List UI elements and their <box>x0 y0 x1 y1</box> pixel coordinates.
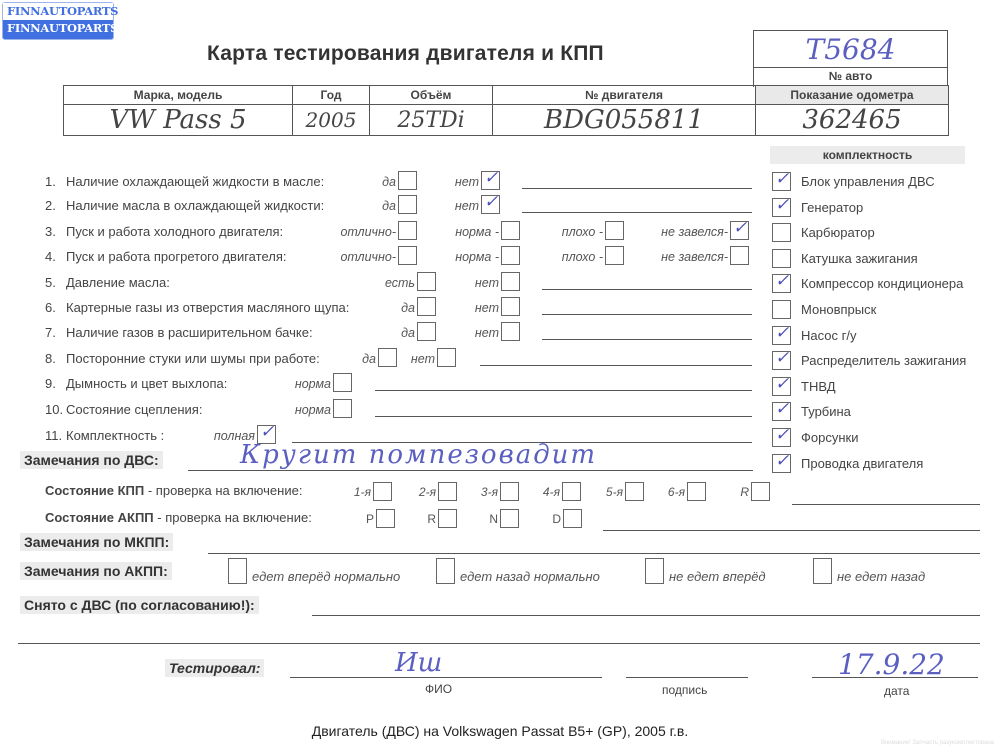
date-value[interactable]: 17.9.22 <box>838 648 945 681</box>
completeness-label: Турбина <box>801 404 851 419</box>
kpp-gear-label: 2-я <box>419 485 436 499</box>
volume-value: 25TDi <box>370 105 493 136</box>
option-label: нет <box>455 175 479 189</box>
removed-line <box>312 615 980 616</box>
completeness-checkbox[interactable] <box>772 198 791 217</box>
option-label: отлично- <box>340 250 396 264</box>
fio-line <box>290 677 602 678</box>
kpp-label-rest: - проверка на включение: <box>144 483 302 498</box>
option-checkbox[interactable] <box>605 221 624 240</box>
option-label: норма - <box>455 250 499 264</box>
check-remark-line <box>480 365 752 366</box>
engine-number-value: BDG055811 <box>493 105 756 136</box>
option-checkbox[interactable] <box>501 297 520 316</box>
check-label: Пуск и работа прогретого двигателя: <box>66 249 286 264</box>
check-number: 9. <box>45 376 56 391</box>
kpp-gear-checkbox[interactable] <box>373 482 392 501</box>
option-label: норма <box>295 377 331 391</box>
option-checkbox[interactable] <box>437 348 456 367</box>
kpp-gear-checkbox[interactable] <box>625 482 644 501</box>
completeness-label: Катушка зажигания <box>801 251 918 266</box>
kpp-gear-checkbox[interactable] <box>751 482 770 501</box>
check-label: Дымность и цвет выхлопа: <box>66 376 227 391</box>
check-number: 11. <box>45 428 62 443</box>
akpp-remark-checkbox[interactable] <box>645 558 664 584</box>
option-checkbox[interactable] <box>398 195 417 214</box>
kpp-gear-label: 6-я <box>668 485 685 499</box>
completeness-checkbox[interactable] <box>772 351 791 370</box>
completeness-checkbox[interactable] <box>772 223 791 242</box>
option-checkbox[interactable] <box>605 246 624 265</box>
option-label: норма <box>295 403 331 417</box>
signature-label: подпись <box>662 683 707 697</box>
check-number: 10. <box>45 402 63 417</box>
akpp-remark-label: едет назад нормально <box>460 569 600 584</box>
akpp-gear-label: P <box>366 512 374 526</box>
auto-number-box: T5684 № авто <box>753 30 948 87</box>
check-number: 2. <box>45 198 56 213</box>
completeness-label: Проводка двигателя <box>801 456 923 471</box>
check-remark-line <box>522 188 752 189</box>
completeness-label: Блок управления ДВС <box>801 174 935 189</box>
col-engine-number: № двигателя <box>493 86 756 105</box>
check-label: Наличие газов в расширительном бачке: <box>66 325 313 340</box>
completeness-checkbox[interactable] <box>772 402 791 421</box>
akpp-label: Состояние АКПП - проверка на включение: <box>45 510 312 525</box>
completeness-label: Насос г/у <box>801 328 856 343</box>
make-model-value: VW Pass 5 <box>64 105 293 136</box>
kpp-gear-label: 1-я <box>354 485 371 499</box>
col-volume: Объём <box>370 86 493 105</box>
engine-remarks-value[interactable]: Кругит помпезовадит <box>240 440 597 470</box>
check-label: Давление масла: <box>66 275 170 290</box>
option-checkbox[interactable] <box>730 221 749 240</box>
check-number: 5. <box>45 275 56 290</box>
akpp-label-bold: Состояние АКПП <box>45 510 154 525</box>
akpp-remarks-label: Замечания по АКПП: <box>20 562 172 580</box>
option-label: плохо - <box>562 250 603 264</box>
completeness-label: Карбюратор <box>801 225 875 240</box>
option-checkbox[interactable] <box>398 246 417 265</box>
completeness-label: Генератор <box>801 200 863 215</box>
completeness-checkbox[interactable] <box>772 300 791 319</box>
date-label: дата <box>884 684 909 698</box>
option-checkbox[interactable] <box>333 373 352 392</box>
akpp-label-rest: - проверка на включение: <box>154 510 312 525</box>
option-label: отлично- <box>340 225 396 239</box>
akpp-gear-label: R <box>427 512 436 526</box>
akpp-line <box>603 530 980 531</box>
option-label: норма - <box>455 225 499 239</box>
option-label: не завелся- <box>661 225 728 239</box>
logo-line-2: FINNAUTOPARTS <box>3 20 113 37</box>
check-row: 9.Дымность и цвет выхлопа:норма <box>0 374 1000 394</box>
kpp-label-bold: Состояние КПП <box>45 483 144 498</box>
akpp-remark-checkbox[interactable] <box>228 558 247 584</box>
option-label: нет <box>475 301 499 315</box>
akpp-remark-label: не едет вперёд <box>669 569 766 584</box>
akpp-gear-checkbox[interactable] <box>376 509 395 528</box>
removed-label: Снято с ДВС (по согласованию!): <box>20 596 259 614</box>
check-remark-line <box>542 289 752 290</box>
option-label: не завелся- <box>661 250 728 264</box>
option-label: да <box>382 175 396 189</box>
completeness-label: Форсунки <box>801 430 858 445</box>
kpp-gear-label: 3-я <box>481 485 498 499</box>
engine-remarks-line <box>188 470 753 471</box>
completeness-checkbox[interactable] <box>772 274 791 293</box>
option-label: да <box>401 301 415 315</box>
kpp-gear-checkbox[interactable] <box>687 482 706 501</box>
completeness-checkbox[interactable] <box>772 454 791 473</box>
completeness-label: Моновпрыск <box>801 302 876 317</box>
option-checkbox[interactable] <box>333 399 352 418</box>
option-checkbox[interactable] <box>501 221 520 240</box>
check-number: 6. <box>45 300 56 315</box>
option-checkbox[interactable] <box>501 272 520 291</box>
option-label: да <box>362 352 376 366</box>
completeness-checkbox[interactable] <box>772 428 791 447</box>
check-number: 1. <box>45 174 56 189</box>
kpp-gear-label: R <box>740 485 749 499</box>
completeness-label: Компрессор кондиционера <box>801 276 963 291</box>
check-label: Пуск и работа холодного двигателя: <box>66 224 283 239</box>
option-checkbox[interactable] <box>417 297 436 316</box>
auto-number-value: T5684 <box>754 33 947 68</box>
option-checkbox[interactable] <box>398 171 417 190</box>
mkpp-remarks-line <box>208 553 980 554</box>
akpp-gear-checkbox[interactable] <box>438 509 457 528</box>
vehicle-header-table: Марка, модель Год Объём № двигателя Пока… <box>63 85 949 136</box>
col-odometer: Показание одометра <box>756 86 949 105</box>
option-label: да <box>382 199 396 213</box>
completeness-checkbox[interactable] <box>772 326 791 345</box>
completeness-checkbox[interactable] <box>772 172 791 191</box>
kpp-gear-checkbox[interactable] <box>562 482 581 501</box>
check-label: Наличие охлаждающей жидкости в масле: <box>66 174 324 189</box>
option-label: да <box>401 326 415 340</box>
col-make-model: Марка, модель <box>64 86 293 105</box>
odometer-value: 362465 <box>756 105 949 136</box>
option-label: нет <box>475 276 499 290</box>
check-number: 7. <box>45 325 56 340</box>
col-year: Год <box>293 86 370 105</box>
option-label: нет <box>455 199 479 213</box>
option-checkbox[interactable] <box>417 272 436 291</box>
year-value: 2005 <box>293 105 370 136</box>
option-checkbox[interactable] <box>501 246 520 265</box>
option-label: нет <box>475 326 499 340</box>
option-checkbox[interactable] <box>398 221 417 240</box>
engine-remarks-label: Замечания по ДВС: <box>20 451 163 469</box>
option-checkbox[interactable] <box>417 322 436 341</box>
completeness-heading: комплектность <box>770 146 965 164</box>
image-caption: Двигатель (ДВС) на Volkswagen Passat B5+… <box>0 723 1000 739</box>
completeness-label: ТНВД <box>801 379 836 394</box>
akpp-gear-label: N <box>489 512 498 526</box>
check-remark-line <box>375 390 752 391</box>
auto-number-label: № авто <box>754 69 947 83</box>
signature-line <box>626 677 748 678</box>
completeness-label: Распределитель зажигания <box>801 353 966 368</box>
option-label: нет <box>411 352 435 366</box>
faint-watermark: Внимание! Запчасть разукомплектована <box>881 740 994 746</box>
check-label: Картерные газы из отверстия масляного щу… <box>66 300 349 315</box>
check-remark-line <box>375 416 752 417</box>
akpp-remark-label: едет вперёд нормально <box>252 569 400 584</box>
option-label: плохо - <box>562 225 603 239</box>
check-remark-line <box>542 339 752 340</box>
kpp-gear-checkbox[interactable] <box>500 482 519 501</box>
completeness-checkbox[interactable] <box>772 249 791 268</box>
kpp-gear-checkbox[interactable] <box>438 482 457 501</box>
check-label: Посторонние стуки или шумы при работе: <box>66 351 320 366</box>
logo-line-1: FINNAUTOPARTS <box>3 3 113 20</box>
removed-line-2 <box>18 643 980 644</box>
kpp-gear-label: 5-я <box>606 485 623 499</box>
option-checkbox[interactable] <box>481 195 500 214</box>
form-title: Карта тестирования двигателя и КПП <box>207 42 604 66</box>
tested-by-label: Тестировал: <box>165 659 264 677</box>
option-checkbox[interactable] <box>378 348 397 367</box>
akpp-gear-checkbox[interactable] <box>563 509 582 528</box>
fio-label: ФИО <box>425 682 452 696</box>
option-label: есть <box>385 276 415 290</box>
check-label: Комплектность : <box>66 428 164 443</box>
fio-value[interactable]: Иш <box>395 648 442 678</box>
check-label: Наличие масла в охлаждающей жидкости: <box>66 198 324 213</box>
kpp-gear-label: 4-я <box>543 485 560 499</box>
kpp-line <box>792 504 980 505</box>
finnautoparts-watermark-logo: FINNAUTOPARTS FINNAUTOPARTS <box>2 2 114 40</box>
kpp-label: Состояние КПП - проверка на включение: <box>45 483 302 498</box>
akpp-remark-label: не едет назад <box>837 569 925 584</box>
option-checkbox[interactable] <box>481 171 500 190</box>
check-remark-line <box>542 314 752 315</box>
akpp-remark-checkbox[interactable] <box>813 558 832 584</box>
option-checkbox[interactable] <box>501 322 520 341</box>
mkpp-remarks-label: Замечания по МКПП: <box>20 533 173 551</box>
akpp-gear-label: D <box>552 512 561 526</box>
check-remark-line <box>522 212 752 213</box>
check-number: 8. <box>45 351 56 366</box>
akpp-gear-checkbox[interactable] <box>500 509 519 528</box>
completeness-checkbox[interactable] <box>772 377 791 396</box>
check-number: 4. <box>45 249 56 264</box>
check-number: 3. <box>45 224 56 239</box>
akpp-remark-checkbox[interactable] <box>436 558 455 584</box>
option-checkbox[interactable] <box>730 246 749 265</box>
check-label: Состояние сцепления: <box>66 402 202 417</box>
